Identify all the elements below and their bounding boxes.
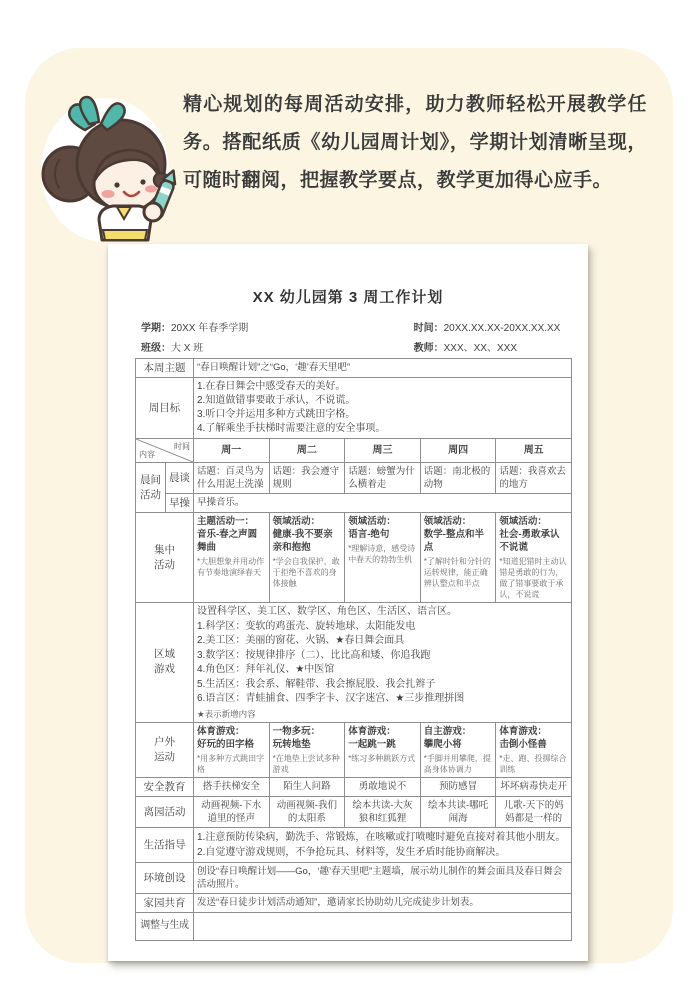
document-title: XX 幼儿园第 3 周工作计划 <box>129 286 567 307</box>
row-label-focus-text: 集中活动 <box>153 543 177 573</box>
intro-text: 精心规划的每周活动安排，助力教师轻松开展教学任务。搭配纸质《幼儿园周计划》，学期… <box>183 78 647 200</box>
meta-time: 时间：20XX.XX.XX-20XX.XX.XX <box>414 319 567 334</box>
day-cell: 搭手扶梯安全 <box>194 777 270 796</box>
zone-line: 1.科学区：变软的鸡蛋壳、旋转地球、太阳能发电 <box>197 620 568 635</box>
document-meta: 学期：20XX 年春季学期 时间：20XX.XX.XX-20XX.XX.XX 班… <box>141 319 567 354</box>
row-label-life: 生活指导 <box>136 827 194 862</box>
adjustment-cell <box>194 912 572 940</box>
mascot-girl-svg <box>37 88 177 246</box>
zone-line: 5.生活区：我会系、解鞋带、我会擦屁股、我会扎辫子 <box>197 678 568 693</box>
day-cell: 话题：南北极的动物 <box>420 463 496 494</box>
day-cell: 绘本共读-大灰狼和红狐狸 <box>345 796 421 827</box>
day-header-tuesday: 周二 <box>269 439 345 463</box>
day-cell: 体育游戏： 击倒小怪兽 *走、跑、投掷综合训练 <box>496 722 572 777</box>
row-label-zones: 区域游戏 <box>136 603 194 723</box>
row-label-outdoor: 户外运动 <box>136 722 194 777</box>
goals-cell: 1.在春日舞会中感受春天的美好。 2.知道做错事要敢于承认，不说谎。 3.听口令… <box>194 378 572 439</box>
activity-name: 一起跳一跳 <box>348 738 417 751</box>
day-header-monday: 周一 <box>194 439 270 463</box>
corner-content-label: 内容 <box>139 448 155 461</box>
activity-name: 社会-勇敢承认不说谎 <box>499 528 568 554</box>
meta-teacher: 教师：XXX、XX、XXX <box>414 339 567 354</box>
day-cell: 领域活动： 语言-绝句 *理解诗意，感受诗中春天的勃勃生机 <box>345 513 421 603</box>
day-cell: 勇敢地说不 <box>345 777 421 796</box>
activity-name: 数学-整点和半点 <box>424 528 493 554</box>
goal-line: 1.在春日舞会中感受春天的美好。 <box>197 380 568 394</box>
exercise-cell: 早操音乐。 <box>194 494 572 513</box>
activity-note: *走、跑、投掷综合训练 <box>499 753 568 775</box>
activity-note: *在地垫上尝试多种游戏 <box>273 753 342 775</box>
intro-section: 精心规划的每周活动安排，助力教师轻松开展教学任务。搭配纸质《幼儿园周计划》，学期… <box>25 48 673 251</box>
table-row-goals: 周目标 1.在春日舞会中感受春天的美好。 2.知道做错事要敢于承认，不说谎。 3… <box>136 378 572 439</box>
table-row-safety: 安全教育 搭手扶梯安全 陌生人问路 勇敢地说不 预防感冒 坏坏病毒快走开 <box>136 777 572 796</box>
activity-kind: 领域活动： <box>273 515 342 528</box>
row-label-home: 家园共育 <box>136 893 194 912</box>
day-cell: 话题：我喜欢去的地方 <box>496 463 572 494</box>
goal-line: 4.了解乘坐手扶梯时需要注意的安全事项。 <box>197 422 568 436</box>
activity-name: 攀爬小将 <box>424 738 493 751</box>
meta-time-value: 20XX.XX.XX-20XX.XX.XX <box>444 323 561 334</box>
day-cell: 领域活动： 健康-我不要亲亲和抱抱 *学会自我保护，敢于拒绝不喜欢的身体接触 <box>269 513 345 603</box>
mascot-girl-icon <box>37 88 177 251</box>
goal-line: 3.听口令并运用多种方式跳田字格。 <box>197 408 568 422</box>
weekly-plan-table: 本周主题 “春日唤醒计划”之“Go，‘趣’春天里吧” 周目标 1.在春日舞会中感… <box>135 358 572 941</box>
activity-note: *学会自我保护，敢于拒绝不喜欢的身体接触 <box>273 556 342 589</box>
activity-name: 玩转地垫 <box>273 738 342 751</box>
activity-kind: 一物多玩： <box>273 725 342 738</box>
activity-kind: 体育游戏： <box>499 725 568 738</box>
environment-cell: 创设“春日唤醒计划——Go，‘趣’春天里吧”主题墙，展示幼儿制作的舞会面具及春日… <box>194 862 572 893</box>
activity-kind: 自主游戏： <box>424 725 493 738</box>
goal-line: 2.知道做错事要敢于承认，不说谎。 <box>197 394 568 408</box>
cream-card: 精心规划的每周活动安排，助力教师轻松开展教学任务。搭配纸质《幼儿园周计划》，学期… <box>25 48 673 963</box>
zones-cell: 设置科学区、美工区、数学区、角色区、生活区、语言区。 1.科学区：变软的鸡蛋壳、… <box>194 603 572 723</box>
table-row-life-guidance: 生活指导 1.注意预防传染病，勤洗手、常锻炼，在咳嗽或打喷嚏时避免直接对着其他小… <box>136 827 572 862</box>
table-row-environment: 环境创设 创设“春日唤醒计划——Go，‘趣’春天里吧”主题墙，展示幼儿制作的舞会… <box>136 862 572 893</box>
day-cell: 绘本共读-哪吒闹海 <box>420 796 496 827</box>
table-row-adjustment: 调整与生成 <box>136 912 572 940</box>
zone-line: 2.美工区：美丽的窗花、火锅、★春日舞会面具 <box>197 634 568 649</box>
theme-value: “春日唤醒计划”之“Go，‘趣’春天里吧” <box>194 359 572 378</box>
day-cell: 陌生人问路 <box>269 777 345 796</box>
day-cell: 预防感冒 <box>420 777 496 796</box>
day-cell: 话题：我会遵守规则 <box>269 463 345 494</box>
activity-name: 音乐-春之声圆舞曲 <box>197 528 266 554</box>
activity-name: 健康-我不要亲亲和抱抱 <box>273 528 342 554</box>
row-label-environment: 环境创设 <box>136 862 194 893</box>
life-cell: 1.注意预防传染病，勤洗手、常锻炼，在咳嗽或打喷嚏时避免直接对着其他小朋友。 2… <box>194 827 572 862</box>
zone-line: 设置科学区、美工区、数学区、角色区、生活区、语言区。 <box>197 605 568 620</box>
meta-class: 班级：大 X 班 <box>141 339 414 354</box>
activity-kind: 领域活动： <box>499 515 568 528</box>
day-cell: 体育游戏： 好玩的田字格 *用多种方式跳田字格 <box>194 722 270 777</box>
table-row-home-coop: 家园共育 发送“春日徒步计划活动通知”，邀请家长协助幼儿完成徒步计划表。 <box>136 893 572 912</box>
day-header-friday: 周五 <box>496 439 572 463</box>
row-label-adjustment: 调整与生成 <box>136 912 194 940</box>
day-cell: 动画视频-我们的太阳系 <box>269 796 345 827</box>
meta-time-label: 时间： <box>414 323 444 334</box>
corner-header-cell: 时间 内容 <box>136 439 194 463</box>
meta-teacher-value: XXX、XX、XXX <box>444 343 517 354</box>
row-label-morning-text: 晨间活动 <box>139 473 163 503</box>
corner-time-label: 时间 <box>174 440 190 453</box>
row-label-outdoor-text: 户外运动 <box>153 735 177 765</box>
activity-note: *用多种方式跳田字格 <box>197 753 266 775</box>
life-line: 1.注意预防传染病，勤洗手、常锻炼，在咳嗽或打喷嚏时避免直接对着其他小朋友。 <box>197 830 568 845</box>
life-line: 2.自觉遵守游戏规则，不争抢玩具、材料等，发生矛盾时能协商解决。 <box>197 845 568 860</box>
activity-note: *理解诗意，感受诗中春天的勃勃生机 <box>348 543 417 565</box>
meta-semester: 学期：20XX 年春季学期 <box>141 319 414 334</box>
zone-line: 6.语言区：青蛙捕食、四季字卡、汉字迷宫、★三步推理拼图 <box>197 692 568 707</box>
day-cell: 主题活动一： 音乐-春之声圆舞曲 *大胆想象并用动作有节奏地演绎春天 <box>194 513 270 603</box>
day-cell: 动画视频-下水道里的怪声 <box>194 796 270 827</box>
activity-kind: 领域活动： <box>348 515 417 528</box>
home-coop-cell: 发送“春日徒步计划活动通知”，邀请家长协助幼儿完成徒步计划表。 <box>194 893 572 912</box>
activity-note: *大胆想象并用动作有节奏地演绎春天 <box>197 556 266 578</box>
table-row-outdoor-sports: 户外运动 体育游戏： 好玩的田字格 *用多种方式跳田字格 一物多玩： 玩转地垫 … <box>136 722 572 777</box>
row-label-zones-text: 区域游戏 <box>153 647 177 677</box>
activity-kind: 体育游戏： <box>348 725 417 738</box>
day-cell: 坏坏病毒快走开 <box>496 777 572 796</box>
row-label-morning: 晨间活动 <box>136 463 166 513</box>
sub-label-exercise: 早操 <box>166 494 194 513</box>
activity-kind: 主题活动一： <box>197 515 266 528</box>
table-row-zone-games: 区域游戏 设置科学区、美工区、数学区、角色区、生活区、语言区。 1.科学区：变软… <box>136 603 572 723</box>
day-cell: 体育游戏： 一起跳一跳 *练习多种跳跃方式 <box>345 722 421 777</box>
meta-semester-label: 学期： <box>141 323 171 334</box>
activity-note: *了解时针和分针的运转规律，能正确辨认整点和半点 <box>424 556 493 589</box>
zone-line: 4.角色区：拜年礼仪、★中医馆 <box>197 663 568 678</box>
activity-name: 语言-绝句 <box>348 528 417 541</box>
table-row-leaving: 离园活动 动画视频-下水道里的怪声 动画视频-我们的太阳系 绘本共读-大灰狼和红… <box>136 796 572 827</box>
day-cell: 一物多玩： 玩转地垫 *在地垫上尝试多种游戏 <box>269 722 345 777</box>
row-label-focus: 集中活动 <box>136 513 194 603</box>
day-cell: 自主游戏： 攀爬小将 *手脚并用攀爬，提高身体协调力 <box>420 722 496 777</box>
activity-note: *练习多种跳跃方式 <box>348 753 417 764</box>
row-label-leaving: 离园活动 <box>136 796 194 827</box>
table-row-morning-talk: 晨间活动 晨谈 话题：百灵鸟为什么用泥土洗澡 话题：我会遵守规则 话题：螃蟹为什… <box>136 463 572 494</box>
meta-class-value: 大 X 班 <box>171 343 203 354</box>
day-header-wednesday: 周三 <box>345 439 421 463</box>
activity-note: *手脚并用攀爬，提高身体协调力 <box>424 753 493 775</box>
meta-class-label: 班级： <box>141 343 171 354</box>
day-cell: 话题：螃蟹为什么横着走 <box>345 463 421 494</box>
row-label-safety: 安全教育 <box>136 777 194 796</box>
activity-name: 击倒小怪兽 <box>499 738 568 751</box>
meta-teacher-label: 教师： <box>414 343 444 354</box>
zones-footnote: ★表示新增内容 <box>197 708 568 720</box>
row-label-theme: 本周主题 <box>136 359 194 378</box>
day-cell: 领域活动： 社会-勇敢承认不说谎 *知道犯错时主动认错是勇敢的行为，做了错事要敢… <box>496 513 572 603</box>
table-row-focus-activity: 集中活动 主题活动一： 音乐-春之声圆舞曲 *大胆想象并用动作有节奏地演绎春天 … <box>136 513 572 603</box>
table-row-morning-exercise: 早操 早操音乐。 <box>136 494 572 513</box>
weekly-plan-document: XX 幼儿园第 3 周工作计划 学期：20XX 年春季学期 时间：20XX.XX… <box>108 244 588 961</box>
row-label-goals: 周目标 <box>136 378 194 439</box>
page: 精心规划的每周活动安排，助力教师轻松开展教学任务。搭配纸质《幼儿园周计划》，学期… <box>0 0 700 1000</box>
activity-kind: 领域活动： <box>424 515 493 528</box>
table-row-theme: 本周主题 “春日唤醒计划”之“Go，‘趣’春天里吧” <box>136 359 572 378</box>
day-header-thursday: 周四 <box>420 439 496 463</box>
meta-semester-value: 20XX 年春季学期 <box>171 323 248 334</box>
day-cell: 儿歌-天下的妈妈都是一样的 <box>496 796 572 827</box>
activity-note: *知道犯错时主动认错是勇敢的行为，做了错事要敢于承认，不说谎 <box>499 556 568 600</box>
day-cell: 领域活动： 数学-整点和半点 *了解时针和分针的运转规律，能正确辨认整点和半点 <box>420 513 496 603</box>
zone-line: 3.数学区：按规律排序（二）、比比高和矮、你追我跑 <box>197 649 568 664</box>
table-row-days-header: 时间 内容 周一 周二 周三 周四 周五 <box>136 439 572 463</box>
sub-label-talk: 晨谈 <box>166 463 194 494</box>
day-cell: 话题：百灵鸟为什么用泥土洗澡 <box>194 463 270 494</box>
activity-kind: 体育游戏： <box>197 725 266 738</box>
activity-name: 好玩的田字格 <box>197 738 266 751</box>
